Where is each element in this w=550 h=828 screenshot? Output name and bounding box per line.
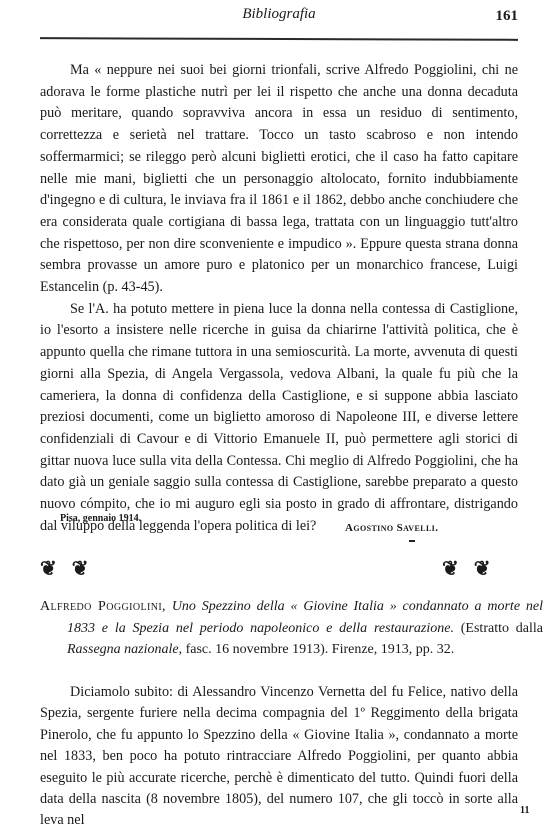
entry-extract-suffix: , fasc. 16 novembre 1913). Firenze, 1913… bbox=[179, 642, 455, 657]
paragraph-quote: Ma « neppure nei suoi bei giorni trionfa… bbox=[40, 60, 518, 299]
reviewer-signature: Agostino Savelli. bbox=[345, 522, 438, 534]
paragraph-vernetta: Diciamolo subito: di Alessandro Vincenzo… bbox=[40, 682, 518, 828]
running-title: Bibliografia bbox=[40, 6, 518, 23]
review-2-body: Diciamolo subito: di Alessandro Vincenzo… bbox=[40, 682, 518, 828]
page-number: 161 bbox=[496, 8, 519, 25]
entry-author: Alfredo Poggiolini, bbox=[40, 599, 166, 614]
header-rule bbox=[40, 37, 518, 41]
signature-mark: 11 bbox=[520, 805, 529, 816]
document-page: Bibliografia 161 Ma « neppure nei suoi b… bbox=[0, 0, 550, 828]
signature-dash bbox=[409, 540, 415, 542]
entry-journal: Rassegna nazionale bbox=[67, 642, 179, 657]
entry-extract-prefix: (Estratto dalla bbox=[454, 621, 543, 636]
place-date: Pisa, gennaio 1914. bbox=[60, 513, 141, 524]
fleuron-icon-left: ❦ ❦ bbox=[40, 556, 92, 580]
paragraph-commentary: Se l'A. ha potuto mettere in piena luce … bbox=[40, 299, 518, 538]
bibliographic-entry: Alfredo Poggiolini, Uno Spezzino della «… bbox=[40, 596, 543, 661]
review-body: Ma « neppure nei suoi bei giorni trionfa… bbox=[40, 60, 518, 537]
running-head: Bibliografia 161 bbox=[40, 4, 518, 28]
fleuron-icon-right: ❦ ❦ bbox=[442, 556, 494, 580]
